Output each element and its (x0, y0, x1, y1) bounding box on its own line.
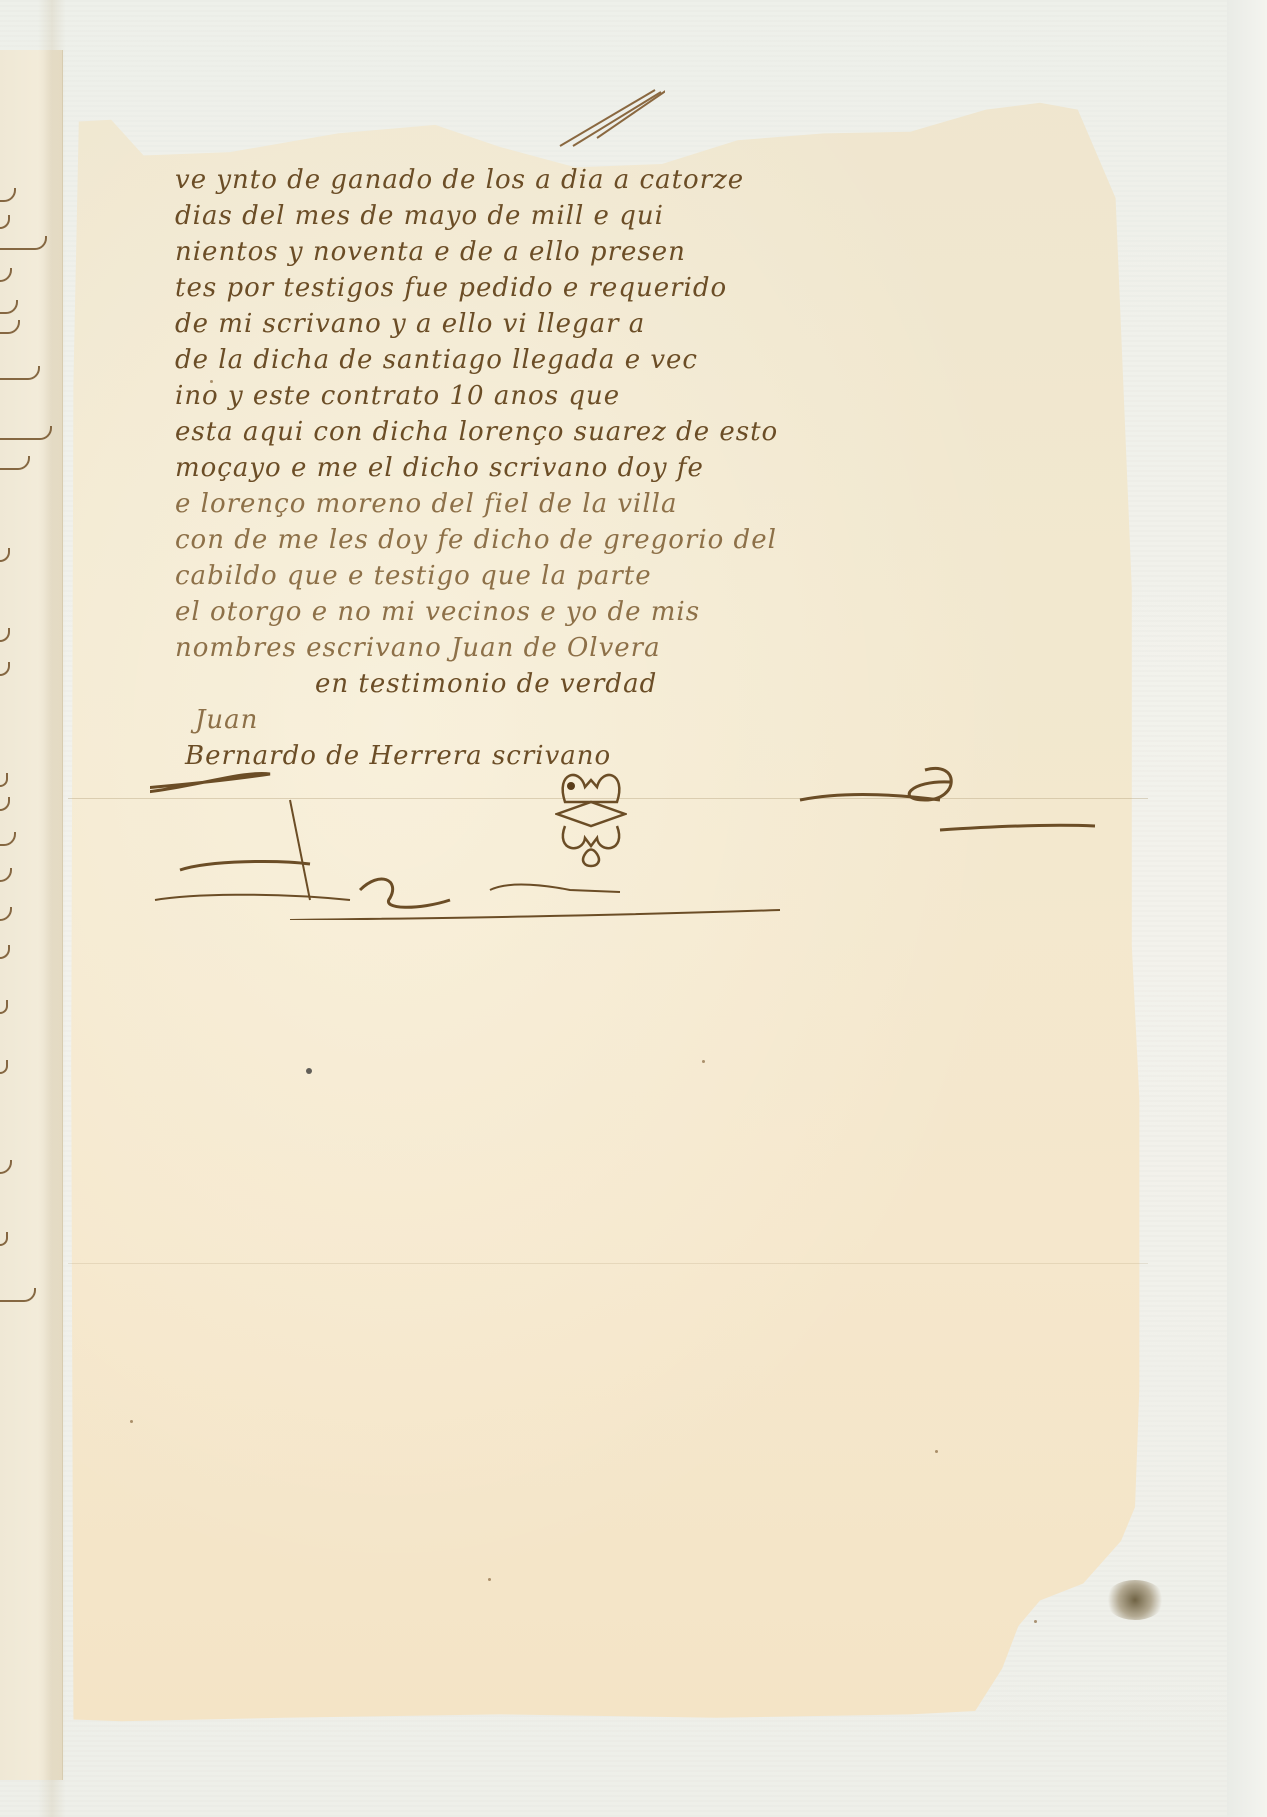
signum-icon (555, 762, 627, 872)
facing-flourish-mark (0, 366, 40, 380)
text-line: esta aqui con dicha lorenço suarez de es… (175, 414, 1110, 450)
paper-speck (702, 1060, 705, 1063)
ink-stain (1105, 1580, 1165, 1620)
text-line: Juan (175, 702, 1110, 738)
binding-gutter (38, 0, 66, 1817)
scan-canvas: ve ynto de ganado de los a dia a catorze… (0, 0, 1267, 1817)
text-line: dias del mes de mayo de mill e qui (175, 198, 1110, 234)
text-line: nientos y noventa e de a ello presen (175, 234, 1110, 270)
text-line: ino y este contrato 10 anos que (175, 378, 1110, 414)
paper-speck (1034, 1620, 1037, 1623)
text-line: de la dicha de santiago llegada e vec (175, 342, 1110, 378)
text-line: el otorgo e no mi vecinos e yo de mis (175, 594, 1110, 630)
paper-speck (130, 1420, 133, 1423)
text-line: con de me les doy fe dicho de gregorio d… (175, 522, 1110, 558)
text-line: moçayo e me el dicho scrivano doy fe (175, 450, 1110, 486)
text-line: nombres escrivano Juan de Olvera (175, 630, 1110, 666)
manuscript-text: ve ynto de ganado de los a dia a catorze… (175, 162, 1110, 774)
text-line: ve ynto de ganado de los a dia a catorze (175, 162, 1110, 198)
facing-flourish-mark (0, 1288, 36, 1302)
paper-speck (306, 1068, 312, 1074)
text-line: e lorenço moreno del fiel de la villa (175, 486, 1110, 522)
text-line: cabildo que e testigo que la parte (175, 558, 1110, 594)
paper-speck (935, 1450, 938, 1453)
backing-right-edge (1227, 0, 1267, 1817)
facing-flourish-mark (0, 426, 52, 440)
paper-speck (488, 1578, 491, 1581)
text-line: de mi scrivano y a ello vi llegar a (175, 306, 1110, 342)
text-line: en testimonio de verdad (175, 666, 1110, 702)
facing-flourish-mark (0, 236, 47, 250)
pen-strokes-mark (555, 88, 665, 148)
horizontal-fold (68, 1263, 1148, 1264)
text-line: tes por testigos fue pedido e requerido (175, 270, 1110, 306)
